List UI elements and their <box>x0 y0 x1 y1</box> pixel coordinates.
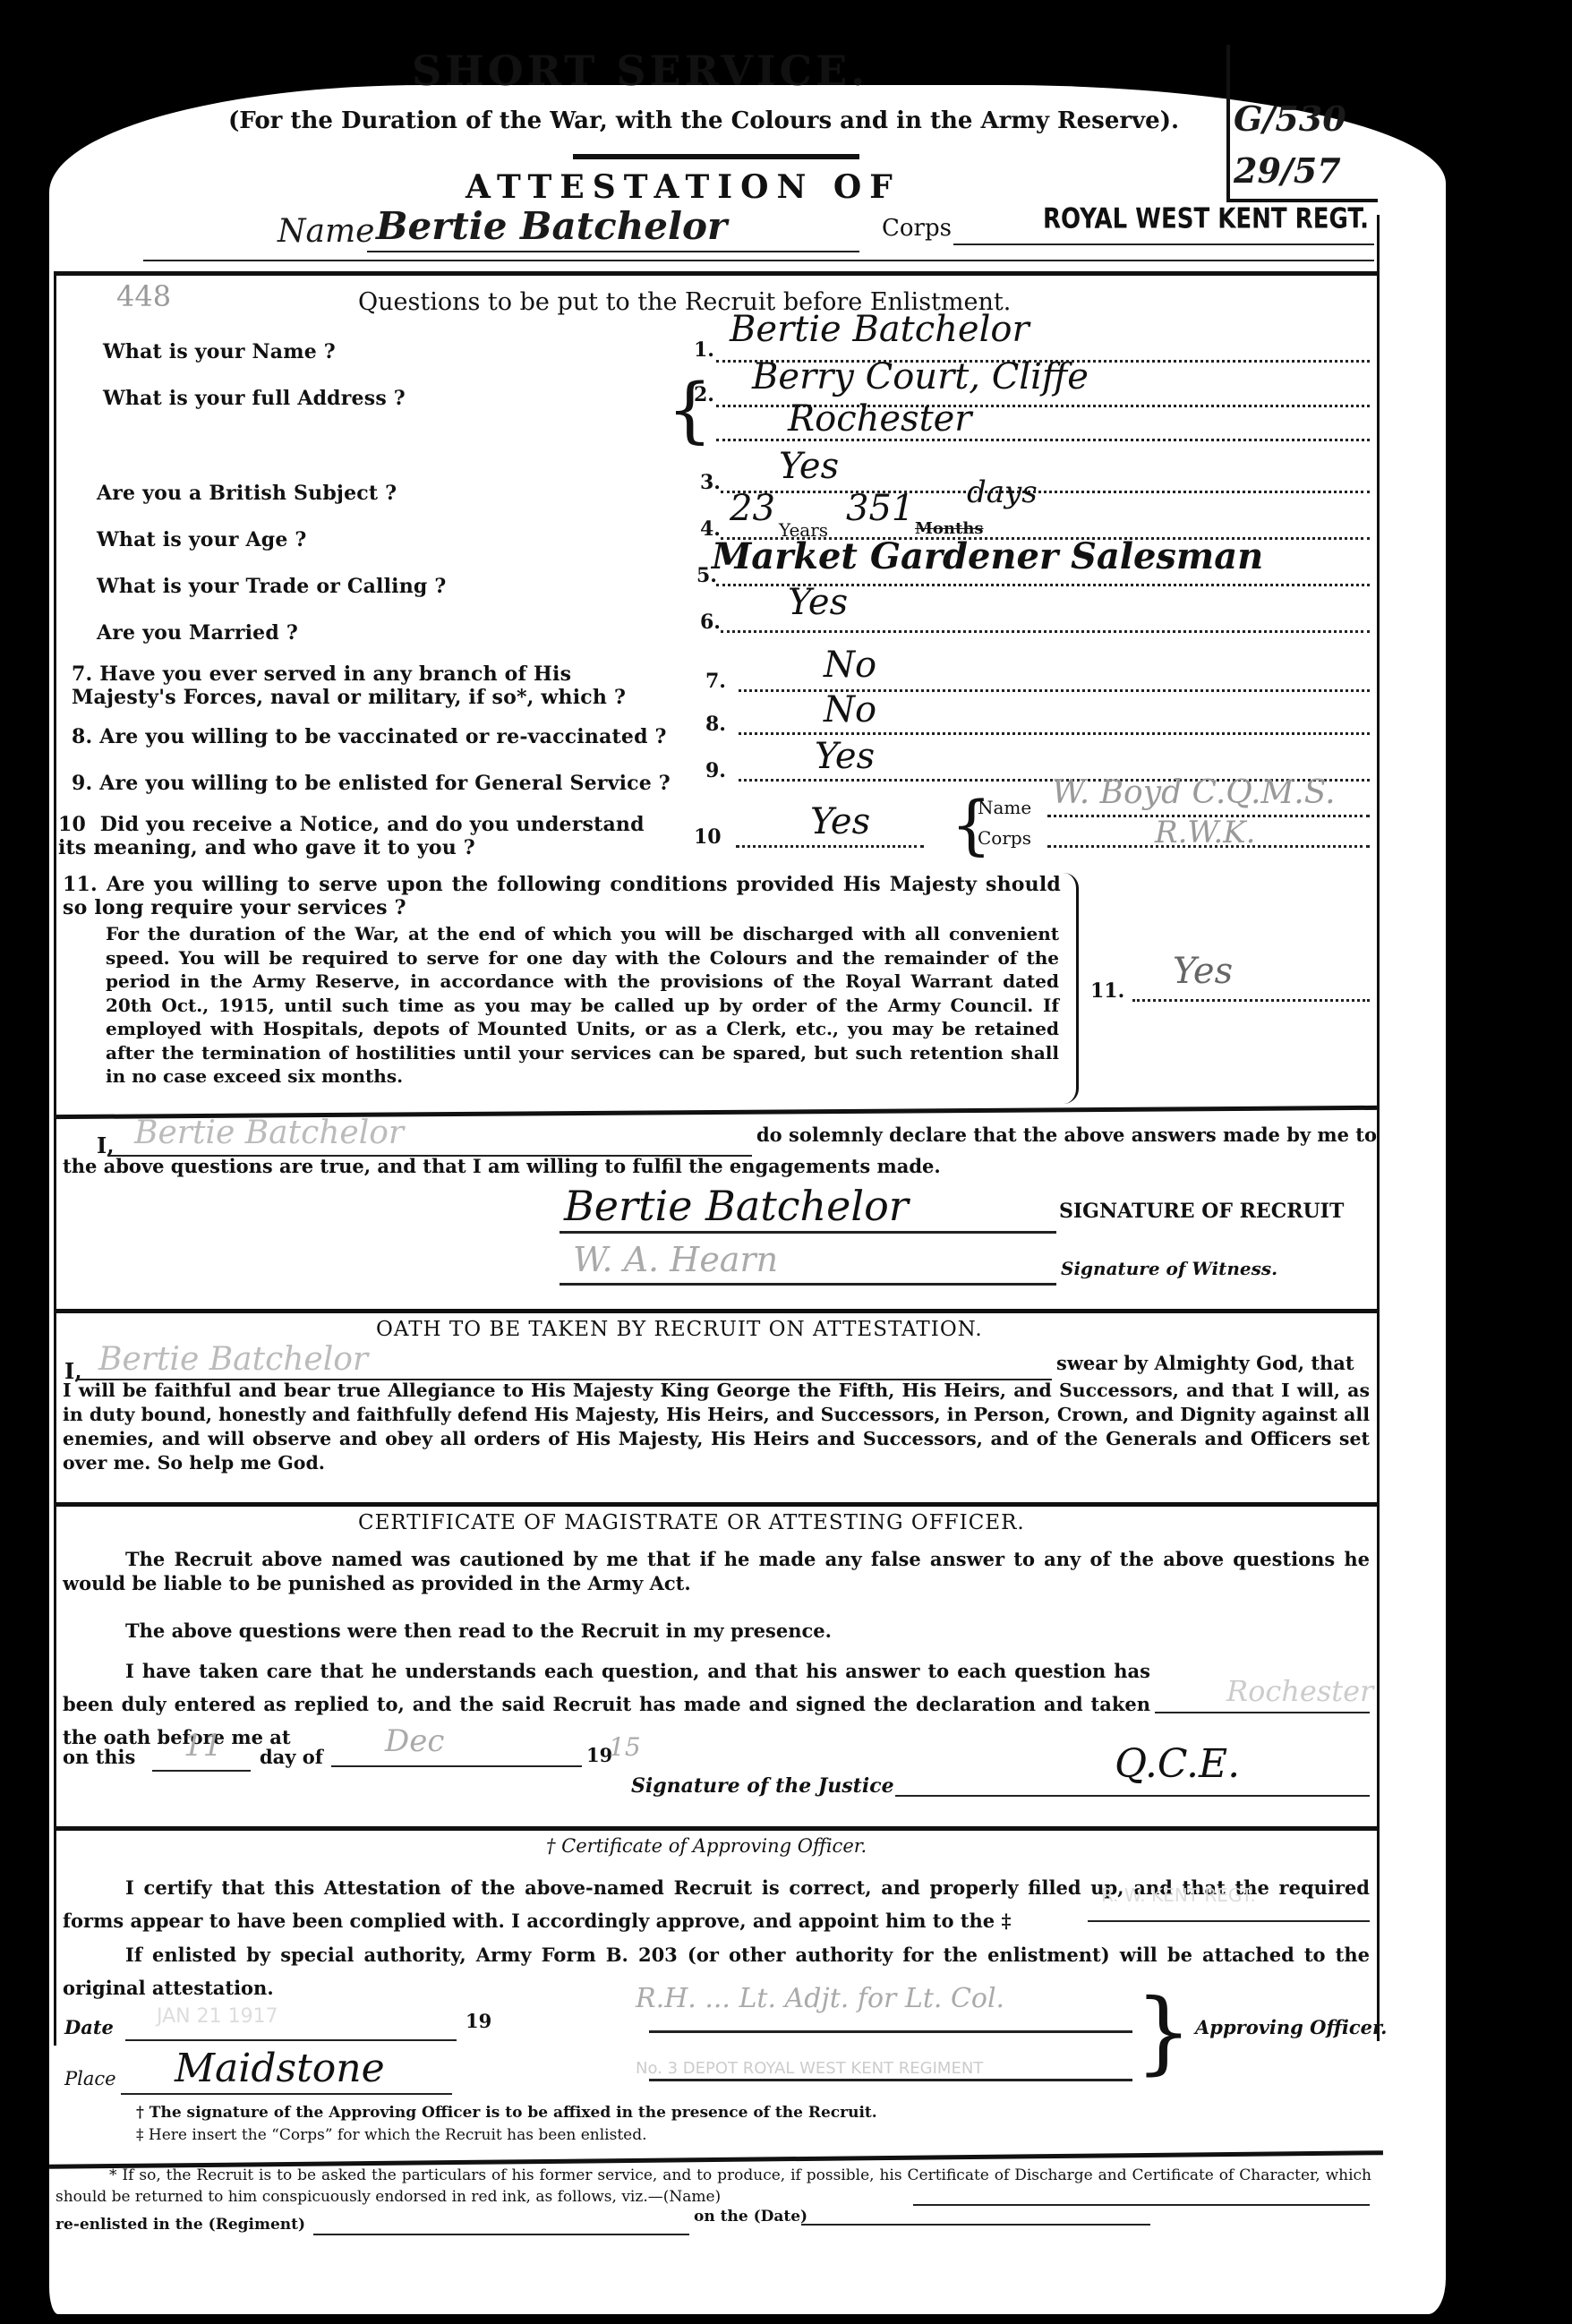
magistrate-heading: CERTIFICATE OF MAGISTRATE OR ATTESTING O… <box>358 1511 1025 1534</box>
magistrate-place[interactable]: Rochester <box>1226 1674 1373 1708</box>
question-5: What is your Trade or Calling ? <box>97 575 446 598</box>
answer-4-days-label[interactable]: days <box>967 474 1038 510</box>
witness-signature-label: Signature of Witness. <box>1061 1258 1277 1279</box>
day-of-label: day of <box>260 1746 323 1768</box>
question-10-number: 10 <box>58 813 86 836</box>
notice-corps-label: Corps <box>978 827 1031 849</box>
answer-9-number: 9. <box>705 759 726 782</box>
answer-11-number: 11. <box>1090 979 1124 1003</box>
year-value[interactable]: 15 <box>609 1732 641 1762</box>
header-line-2 <box>143 260 1374 261</box>
officer-stamp: No. 3 DEPOT ROYAL WEST KENT REGIMENT <box>636 2059 983 2078</box>
footnote-dagger: † The signature of the Approving Officer… <box>136 2104 877 2122</box>
question-3: Are you a British Subject ? <box>97 482 397 505</box>
officer-label: Approving Officer. <box>1195 2016 1387 2038</box>
margin-number: 448 <box>116 279 171 313</box>
officer-signature[interactable]: R.H. ... Lt. Adjt. for Lt. Col. <box>636 1983 1004 2014</box>
magistrate-para-1: The Recruit above named was cautioned by… <box>63 1547 1370 1595</box>
answer-6-line <box>721 630 1370 633</box>
corps-value: ROYAL WEST KENT REGT. <box>1043 203 1369 235</box>
appoint-corps-line <box>1088 1920 1370 1922</box>
question-11-conditions: For the duration of the War, at the end … <box>106 922 1059 1089</box>
date-year-prefix: 19 <box>466 2010 491 2032</box>
officer-brace: } <box>1135 1987 1192 2077</box>
date-line <box>125 2039 457 2041</box>
section-rule-2 <box>54 1309 1377 1313</box>
approving-heading: † Certificate of Approving Officer. <box>546 1835 867 1857</box>
magistrate-para-3: I have taken care that he understands ea… <box>63 1654 1150 1754</box>
date-label: Date <box>64 2016 114 2038</box>
oath-body: I will be faithful and bear true Allegia… <box>63 1379 1370 1475</box>
answer-3[interactable]: Yes <box>779 446 839 487</box>
answer-2[interactable]: Berry Court, Cliffe <box>752 356 1089 397</box>
declaration-text-1: do solemnly declare that the above answe… <box>756 1124 1377 1146</box>
footer-name-line <box>913 2204 1370 2206</box>
question-11-text: Are you willing to serve upon the follow… <box>63 873 1061 919</box>
notice-name-value[interactable]: W. Boyd C.Q.M.S. <box>1052 774 1336 811</box>
corner-number-top: G/530 <box>1234 98 1346 139</box>
notice-name-label: Name <box>978 797 1031 818</box>
question-10: 10 Did you receive a Notice, and do you … <box>58 813 676 859</box>
month-value[interactable]: Dec <box>385 1723 444 1759</box>
form-title: SHORT SERVICE. <box>412 47 868 95</box>
attestation-heading: ATTESTATION OF <box>466 168 901 206</box>
oath-name[interactable]: Bertie Batchelor <box>98 1341 368 1378</box>
frame-right <box>1377 215 1380 2041</box>
on-this-label: on this <box>63 1746 135 1768</box>
place-value[interactable]: Maidstone <box>175 2046 385 2091</box>
oath-heading: OATH TO BE TAKEN BY RECRUIT ON ATTESTATI… <box>376 1318 983 1341</box>
divider <box>573 154 859 159</box>
footer-note-2: re-enlisted in the (Regiment) <box>56 2216 305 2234</box>
justice-signature[interactable]: Q.C.E. <box>1115 1741 1240 1787</box>
answer-10-line <box>736 845 924 848</box>
corps-line <box>953 244 1374 245</box>
answer-1[interactable]: Bertie Batchelor <box>730 309 1029 350</box>
question-10-text: Did you receive a Notice, and do you und… <box>58 813 645 859</box>
question-11-number: 11. <box>63 873 98 896</box>
recruit-signature[interactable]: Bertie Batchelor <box>564 1182 909 1230</box>
answer-10-number: 10 <box>694 825 722 849</box>
answer-9[interactable]: Yes <box>815 736 875 777</box>
justice-label: Signature of the Justice <box>631 1774 894 1798</box>
question-3-number: 3. <box>700 471 721 494</box>
question-6: Are you Married ? <box>97 621 298 645</box>
question-7-number: 7. <box>72 662 92 686</box>
answer-10[interactable]: Yes <box>810 801 870 842</box>
name-label: Name <box>278 213 374 250</box>
answer-5[interactable]: Market Gardener Salesman <box>712 535 1263 577</box>
question-8-number: 8. <box>72 725 92 748</box>
header-rule <box>54 271 1377 276</box>
brace-11 <box>1064 873 1079 1104</box>
corps-label: Corps <box>882 215 952 242</box>
justice-line <box>895 1795 1370 1797</box>
name-line <box>367 251 859 252</box>
answer-11-line <box>1132 999 1370 1002</box>
witness-signature[interactable]: W. A. Hearn <box>573 1240 778 1279</box>
notice-corps-value[interactable]: R.W.K. <box>1155 815 1255 850</box>
place-label: Place <box>64 2068 116 2089</box>
footer-date-line <box>801 2224 1150 2226</box>
question-4: What is your Age ? <box>97 528 306 551</box>
answer-6[interactable]: Yes <box>788 582 848 623</box>
recruit-signature-line <box>560 1231 1056 1234</box>
question-6-number: 6. <box>700 611 721 634</box>
officer-stamp-line <box>649 2079 1132 2081</box>
answer-8[interactable]: No <box>824 689 876 731</box>
answer-7-number: 7. <box>705 670 726 693</box>
question-2-number: 2. <box>694 383 714 406</box>
appoint-corps-stamp: R. W. KENT REGT. <box>1101 1884 1256 1906</box>
answer-4-years[interactable]: 23 <box>730 488 775 529</box>
form-subtitle: (For the Duration of the War, with the C… <box>228 107 1179 134</box>
answer-11[interactable]: Yes <box>1173 951 1233 992</box>
declaration-text-2: the above questions are true, and that I… <box>63 1155 941 1177</box>
question-1-number: 1. <box>694 338 714 362</box>
answer-3-line <box>721 491 1370 493</box>
answer-7[interactable]: No <box>824 645 876 686</box>
question-9-text: Are you willing to be enlisted for Gener… <box>99 772 671 795</box>
question-7-text: Have you ever served in any branch of Hi… <box>72 662 626 709</box>
question-8: 8. Are you willing to be vaccinated or r… <box>72 725 667 748</box>
recruit-signature-label: SIGNATURE OF RECRUIT <box>1059 1200 1344 1223</box>
magistrate-para-2: The above questions were then read to th… <box>63 1619 1370 1643</box>
month-line <box>331 1765 582 1767</box>
section-rule-4 <box>54 1826 1377 1831</box>
answer-8-line <box>739 732 1370 735</box>
question-11: 11. Are you willing to serve upon the fo… <box>63 873 1061 919</box>
answer-8-number: 8. <box>705 713 726 736</box>
footnote-double-dagger: ‡ Here insert the “Corps” for which the … <box>136 2126 647 2144</box>
footer-note-1: * If so, the Recruit is to be asked the … <box>56 2165 1371 2208</box>
footer-regiment-line <box>313 2234 689 2235</box>
question-7: 7. Have you ever served in any branch of… <box>72 662 645 709</box>
name-value: Bertie Batchelor <box>376 204 727 248</box>
declaration-name[interactable]: Bertie Batchelor <box>134 1115 404 1151</box>
answer-4-days[interactable]: 351 <box>846 488 914 529</box>
question-8-text: Are you willing to be vaccinated or re-v… <box>99 725 666 748</box>
officer-signature-line <box>649 2030 1132 2033</box>
section-rule-3 <box>54 1502 1377 1507</box>
question-1: What is your Name ? <box>103 340 336 363</box>
place-line <box>121 2093 452 2095</box>
date-value[interactable]: JAN 21 1917 <box>157 2005 278 2028</box>
corner-number-bottom: 29/57 <box>1234 150 1341 191</box>
frame-left <box>54 273 56 2046</box>
oath-text-first: swear by Almighty God, that <box>1056 1352 1354 1374</box>
day-line <box>152 1770 251 1772</box>
answer-2-line2[interactable]: Rochester <box>788 398 971 440</box>
question-9: 9. Are you willing to be enlisted for Ge… <box>72 772 671 795</box>
magistrate-place-line <box>1155 1712 1370 1713</box>
day-value[interactable]: 11 <box>184 1728 222 1764</box>
question-2: What is your full Address ? <box>103 387 406 410</box>
question-9-number: 9. <box>72 772 92 795</box>
footer-note-3: on the (Date) <box>694 2208 807 2226</box>
witness-signature-line <box>560 1283 1056 1286</box>
